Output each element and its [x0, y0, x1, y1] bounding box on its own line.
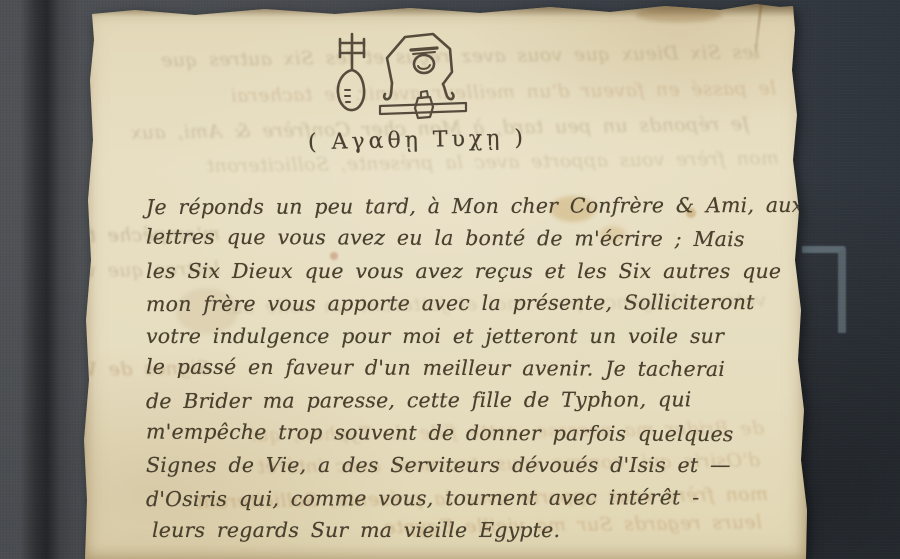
letter-line: Je réponds un peu tard, à Mon cher Confr…	[146, 189, 806, 224]
hieroglyph-drawing	[322, 28, 472, 123]
letter-line: les Six Dieux que vous avez reçus et les…	[146, 255, 806, 287]
paper-shadow-wrap: les Six Dieux que vous avez reçus et les…	[0, 0, 900, 559]
letter-line: mon frère vous apporte avec la présente,…	[146, 286, 806, 321]
letter-line: leurs regards Sur ma vieille Egypte.	[152, 514, 806, 546]
letter-line: m'empêche trop souvent de donner parfois…	[146, 415, 806, 450]
letter-line: Signes de Vie, a des Serviteurs dévoués …	[146, 449, 806, 481]
letter-line: de Brider ma paresse, cette fille de Typ…	[146, 383, 806, 418]
letter-line: le passé en faveur d'un meilleur avenir.…	[146, 351, 806, 386]
paper-stain	[636, 8, 722, 22]
photo-backdrop: les Six Dieux que vous avez reçus et les…	[0, 0, 900, 559]
letter-line: votre indulgence pour moi et jetteront u…	[146, 320, 806, 352]
letter-line: lettres que vous avez eu la bonté de m'é…	[146, 221, 806, 256]
enclosure-with-pot-sign-icon	[384, 34, 453, 99]
paper-fold-crease	[752, 4, 763, 66]
letter-page: les Six Dieux que vous avez reçus et les…	[80, 0, 810, 559]
nefer-lute-sign-icon	[338, 34, 364, 110]
letter-line: d'Osiris qui, comme vous, tournent avec …	[146, 481, 806, 516]
greek-invocation: ( Αγαθῃ Τυχῃ )	[308, 126, 528, 156]
letter-body: Je réponds un peu tard, à Mon cher Confr…	[146, 190, 806, 546]
